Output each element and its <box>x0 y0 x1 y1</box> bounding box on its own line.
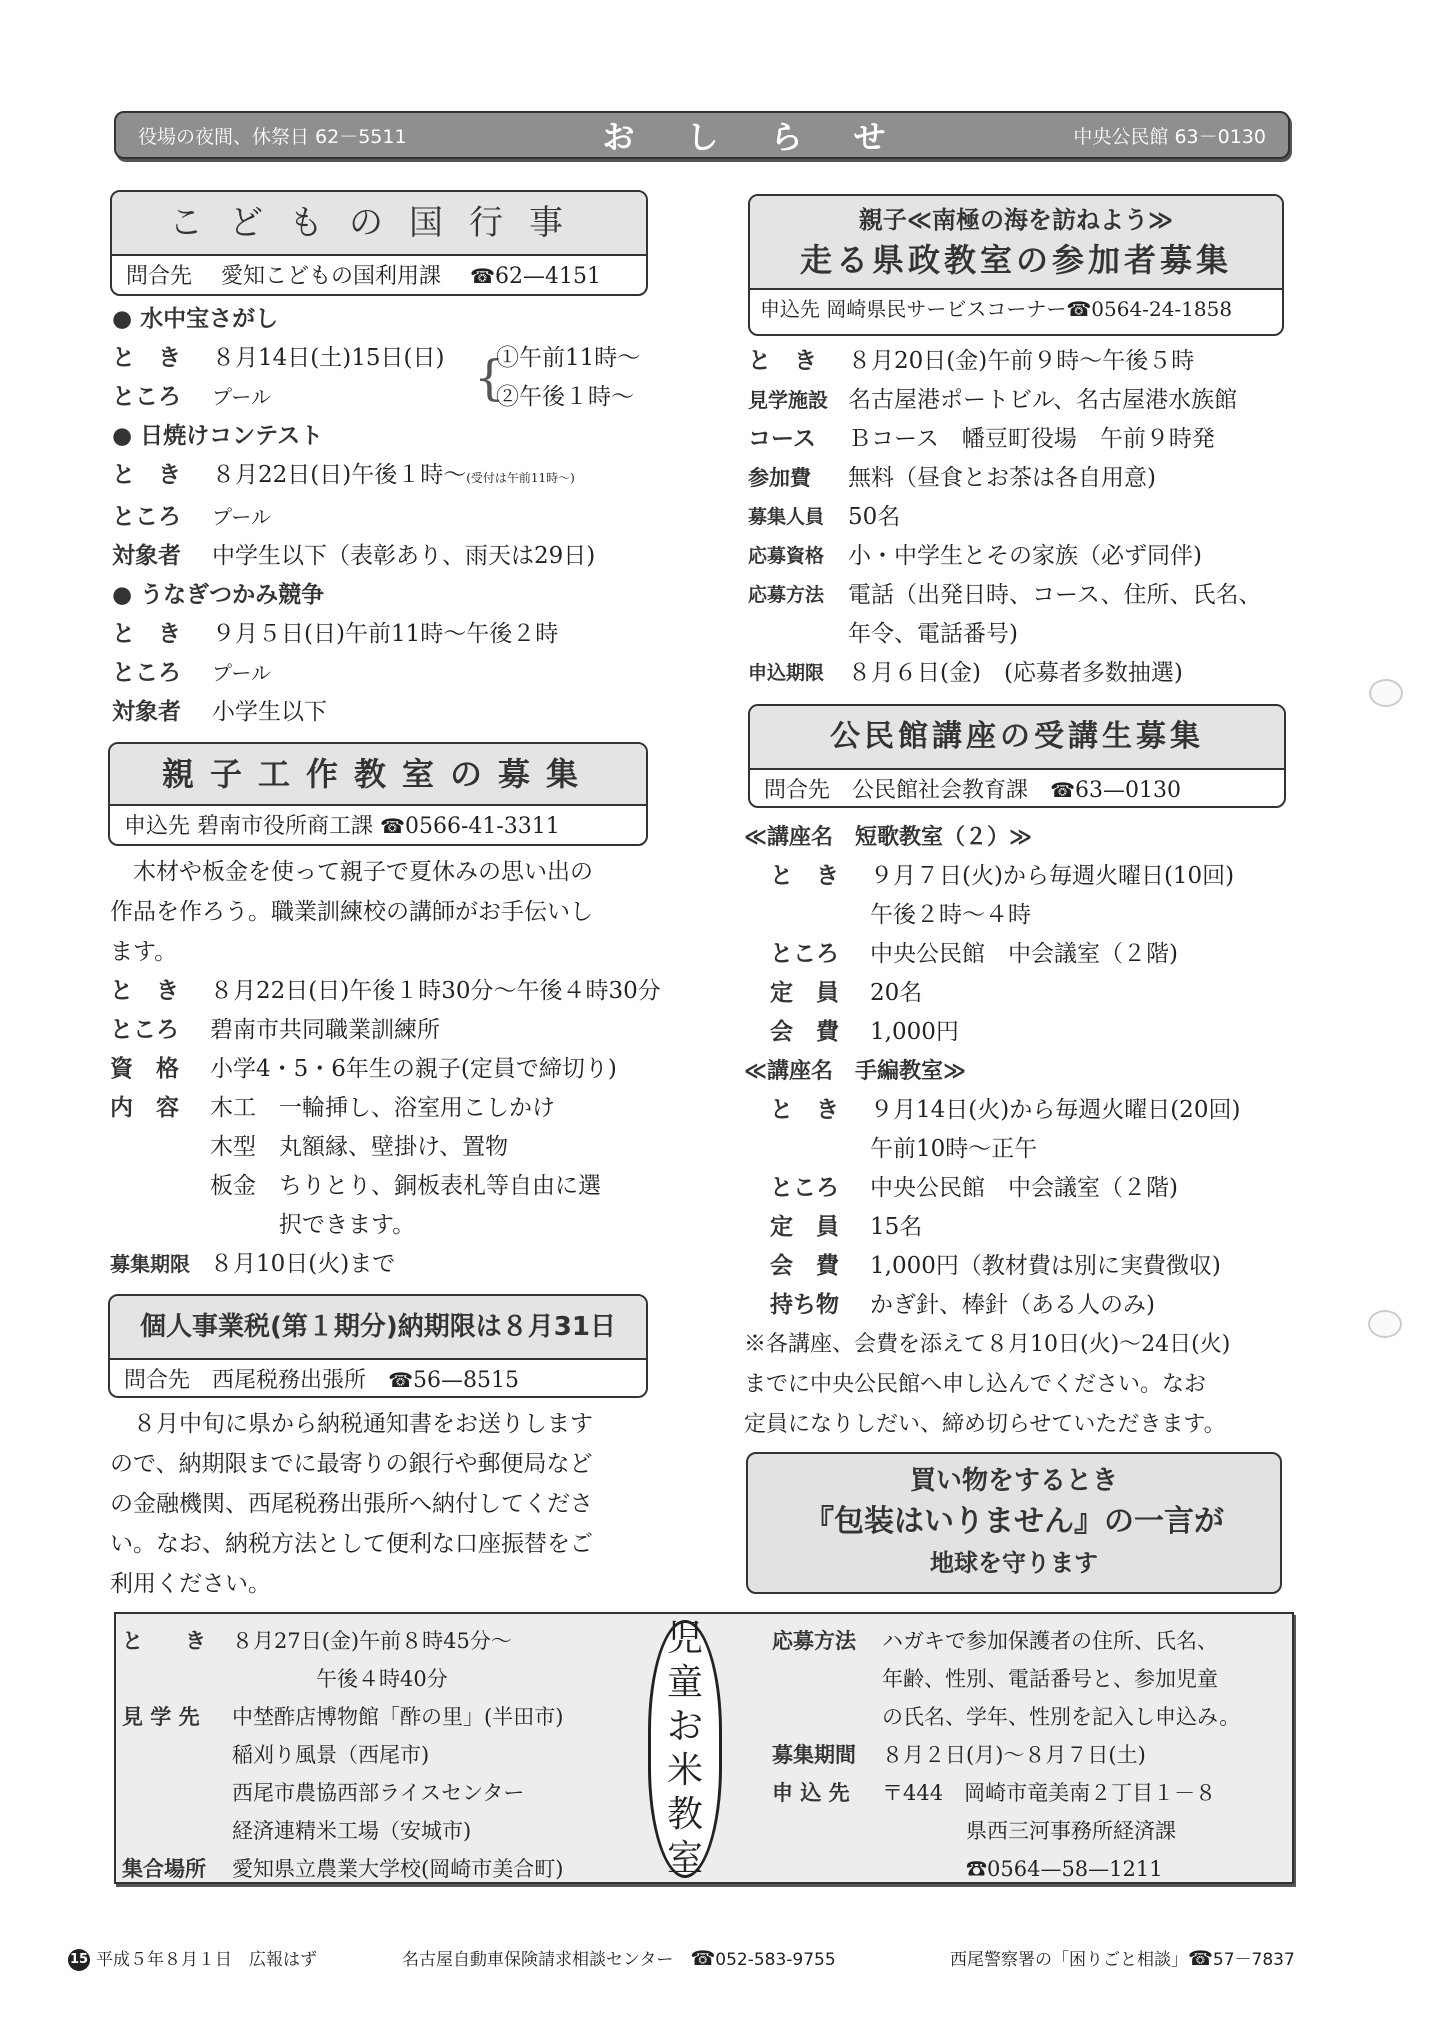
footer-ad-1: 名古屋自動車保険請求相談センター ☎052-583-9755 <box>402 1945 836 1970</box>
kosaku-title: 親子工作教室の募集 <box>110 744 646 806</box>
info-row: 募集期限８月10日(火)まで <box>110 1245 650 1284</box>
kouza-note: 定員になりしだい、締め切らせていただきます。 <box>744 1405 1314 1445</box>
tel-icon: ☎ <box>470 264 495 288</box>
event-row: 対象者中学生以下（表彰あり、雨天は29日) <box>112 537 652 576</box>
info-row: 見学施設名古屋港ポートビル、名古屋港水族館 <box>748 381 1308 420</box>
kensei-contact: 申込先 岡崎県民サービスコーナー☎0564-24-1858 <box>750 290 1282 325</box>
header-right-info: 中央公民館 63－0130 <box>1073 122 1266 149</box>
kosaku-heading-box: 親子工作教室の募集 申込先 碧南市役所商工課 ☎0566-41-3311 <box>108 742 648 846</box>
okome-left: と き８月27日(金)午前８時45分～ 午後４時40分 見 学 先中埜酢店博物館… <box>122 1622 642 1888</box>
info-row: ところ中央公民館 中会議室（２階) <box>770 935 1314 974</box>
info-row: 定 員15名 <box>770 1208 1314 1247</box>
info-row: 持ち物かぎ針、棒針（ある人のみ) <box>770 1286 1314 1325</box>
info-row: 午後２時～４時 <box>770 896 1314 935</box>
info-row: と き８月22日(日)午後１時30分～午後４時30分 <box>110 972 650 1011</box>
kouza-contact: 問合先 公民館社会教育課 ☎63—0130 <box>750 770 1284 807</box>
punch-hole <box>1368 1310 1402 1338</box>
info-row: 定 員20名 <box>770 974 1314 1013</box>
kensei-title: 親子≪南極の海を訪ねよう≫ 走る県政教室の参加者募集 <box>750 196 1282 290</box>
info-row: 申込期限８月６日(金) (応募者多数抽選) <box>748 654 1308 693</box>
tel-icon: ☎ <box>1066 297 1091 321</box>
kouza-body: ≪講座名 短歌教室（２）≫ と き９月７日(火)から毎週火曜日(10回) 午後２… <box>744 818 1314 1445</box>
okome-title-bubble: 児 童 お 米 教 室 <box>648 1620 722 1878</box>
footer-ad-2: 西尾警察署の「困りごと相談」☎57－7837 <box>950 1945 1295 1970</box>
event-row: ところプール <box>112 498 652 537</box>
info-row: ところ碧南市共同職業訓練所 <box>110 1011 650 1050</box>
tel-icon: ☎ <box>388 1368 413 1392</box>
okome-right: 応募方法ハガキで参加保護者の住所、氏名、 年齢、性別、電話番号と、参加児童 の氏… <box>772 1622 1292 1888</box>
info-row: 参加費無料（昼食とお茶は各自用意) <box>748 459 1308 498</box>
eco-message-box: 買い物をするとき 『包装はいりません』の一言が 地球を守ります <box>746 1452 1282 1594</box>
time-slots: ①午前11時～ ②午後１時～ <box>496 339 640 417</box>
jigyozei-body: ８月中旬に県から納税通知書をお送りします ので、納期限までに最寄りの銀行や郵便局… <box>110 1404 650 1604</box>
kensei-heading-box: 親子≪南極の海を訪ねよう≫ 走る県政教室の参加者募集 申込先 岡崎県民サービスコ… <box>748 194 1284 336</box>
event-heading: ● 日焼けコンテスト <box>112 417 652 456</box>
event-row: と き９月５日(日)午前11時～午後２時 <box>112 615 652 654</box>
kouza-title: 公民館講座の受講生募集 <box>750 706 1284 770</box>
kodomo-contact: 問合先 愛知こどもの国利用課 ☎62—4151 <box>112 256 646 293</box>
course-heading: ≪講座名 手編教室≫ <box>744 1052 1314 1091</box>
footer-left: 15平成５年８月１日 広報はず <box>68 1945 317 1971</box>
info-row: 午前10時～正午 <box>770 1130 1314 1169</box>
tel-icon: ☎ <box>1050 778 1075 802</box>
kosaku-contact: 申込先 碧南市役所商工課 ☎0566-41-3311 <box>110 806 646 843</box>
tel-icon: ☎ <box>1188 1946 1213 1970</box>
jigyozei-title: 個人事業税(第１期分)納期限は８月31日 <box>110 1296 646 1360</box>
kodomo-heading-box: こどもの国行事 問合先 愛知こどもの国利用課 ☎62—4151 <box>110 190 648 296</box>
header-left-info: 役場の夜間、休祭日 62－5511 <box>138 122 407 149</box>
info-row: 択できます。 <box>110 1206 650 1245</box>
header-bar: 役場の夜間、休祭日 62－5511 おしらせ 中央公民館 63－0130 <box>114 111 1290 159</box>
event-row: と き８月22日(日)午後１時～(受付は午前11時～) <box>112 456 652 498</box>
info-row: 木型 丸額縁、壁掛け、置物 <box>110 1128 650 1167</box>
info-row: 内 容木工 一輪挿し、浴室用こしかけ <box>110 1089 650 1128</box>
event-row: ところプール <box>112 654 652 693</box>
info-row: 会 費1,000円 <box>770 1013 1314 1052</box>
kosaku-body: 木材や板金を使って親子で夏休みの思い出の 作品を作ろう。職業訓練校の講師がお手伝… <box>110 852 650 1284</box>
kouza-note: ※各講座、会費を添えて８月10日(火)～24日(火) <box>744 1325 1314 1365</box>
header-title: おしらせ <box>602 112 937 158</box>
tel-icon: ☎ <box>690 1946 715 1970</box>
kodomo-title: こどもの国行事 <box>112 192 646 256</box>
info-row: 資 格小学4・5・6年生の親子(定員で締切り) <box>110 1050 650 1089</box>
kouza-heading-box: 公民館講座の受講生募集 問合先 公民館社会教育課 ☎63—0130 <box>748 704 1286 808</box>
event-heading: ● 水中宝さがし <box>112 300 652 339</box>
info-row: 募集人員50名 <box>748 498 1308 537</box>
course-heading: ≪講座名 短歌教室（２）≫ <box>744 818 1314 857</box>
info-row: ところ中央公民館 中会議室（２階) <box>770 1169 1314 1208</box>
info-row: 会 費1,000円（教材費は別に実費徴収) <box>770 1247 1314 1286</box>
kodomo-events: ● 水中宝さがし と き８月14日(土)15日(日) ところプール { ①午前1… <box>112 300 652 732</box>
page-number: 15 <box>68 1949 90 1971</box>
info-row: 応募方法電話（出発日時、コース、住所、氏名、 <box>748 576 1308 615</box>
event-heading: ● うなぎつかみ競争 <box>112 576 652 615</box>
tel-icon: ☎ <box>380 814 405 838</box>
info-row: 応募資格小・中学生とその家族（必ず同伴) <box>748 537 1308 576</box>
info-row: と き８月20日(金)午前９時～午後５時 <box>748 342 1308 381</box>
info-row: コースＢコース 幡豆町役場 午前９時発 <box>748 420 1308 459</box>
info-row: 年令、電話番号) <box>748 615 1308 654</box>
info-row: と き９月７日(火)から毎週火曜日(10回) <box>770 857 1314 896</box>
info-row: と き９月14日(火)から毎週火曜日(20回) <box>770 1091 1314 1130</box>
kouza-note: までに中央公民館へ申し込んでください。なお <box>744 1365 1314 1405</box>
event-row: 対象者小学生以下 <box>112 693 652 732</box>
kensei-body: と き８月20日(金)午前９時～午後５時 見学施設名古屋港ポートビル、名古屋港水… <box>748 342 1308 693</box>
info-row: 板金 ちりとり、銅板表札等自由に選 <box>110 1167 650 1206</box>
jigyozei-heading-box: 個人事業税(第１期分)納期限は８月31日 問合先 西尾税務出張所 ☎56—851… <box>108 1294 648 1398</box>
punch-hole <box>1369 679 1403 707</box>
jigyozei-contact: 問合先 西尾税務出張所 ☎56—8515 <box>110 1360 646 1397</box>
